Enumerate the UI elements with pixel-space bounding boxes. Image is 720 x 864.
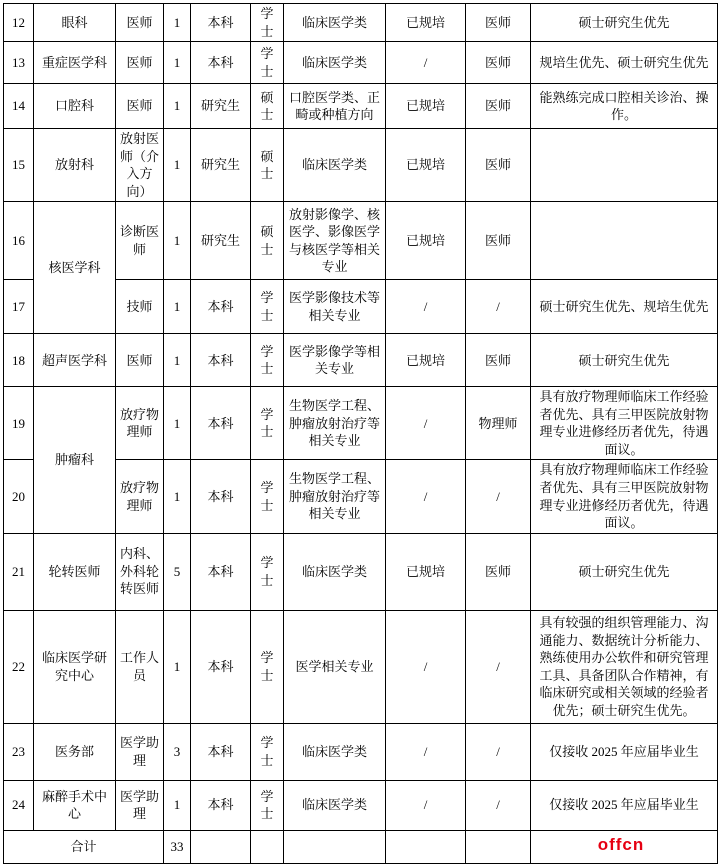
cell-dept: 放射科 <box>34 129 116 202</box>
cell-no: 12 <box>4 4 34 42</box>
cell-deg: 学士 <box>251 387 284 460</box>
cell-train: 已规培 <box>386 4 466 42</box>
table-row: 21轮转医师内科、外科轮转医师5本科学士临床医学类已规培医师硕士研究生优先 <box>4 533 718 610</box>
cell-count: 1 <box>164 334 191 387</box>
cell-train: 已规培 <box>386 129 466 202</box>
cell-title: 物理师 <box>466 387 531 460</box>
cell-edu: 本科 <box>191 533 251 610</box>
cell-title: / <box>466 280 531 334</box>
cell-no: 13 <box>4 42 34 84</box>
cell-train: / <box>386 42 466 84</box>
cell-train: 已规培 <box>386 84 466 129</box>
cell-major: 生物医学工程、肿瘤放射治疗等相关专业 <box>284 460 386 533</box>
degree-text: 学士 <box>260 649 274 684</box>
cell-dept: 医务部 <box>34 723 116 780</box>
cell-title: / <box>466 610 531 723</box>
cell-pos: 工作人员 <box>116 610 164 723</box>
cell-title: 医师 <box>466 84 531 129</box>
cell-edu: 研究生 <box>191 129 251 202</box>
degree-text: 学士 <box>260 5 274 40</box>
cell-train: / <box>386 280 466 334</box>
cell-no: 16 <box>4 202 34 280</box>
degree-text: 学士 <box>260 788 274 823</box>
cell-pos: 放疗物理师 <box>116 387 164 460</box>
cell-edu: 研究生 <box>191 84 251 129</box>
cell-count: 3 <box>164 723 191 780</box>
cell-count: 1 <box>164 280 191 334</box>
degree-text: 硕士 <box>260 223 274 258</box>
cell-count: 1 <box>164 202 191 280</box>
cell-train: / <box>386 387 466 460</box>
cell-title: / <box>466 460 531 533</box>
cell-train: / <box>386 723 466 780</box>
cell-edu: 本科 <box>191 4 251 42</box>
cell-major: 临床医学类 <box>284 42 386 84</box>
cell-count: 1 <box>164 610 191 723</box>
cell-remark: 仅接收 2025 年应届毕业生 <box>531 780 718 830</box>
cell-title: / <box>466 723 531 780</box>
cell-edu: 本科 <box>191 280 251 334</box>
table-row: 16核医学科诊断医师1研究生硕士放射影像学、核医学、影像医学与核医学等相关专业已… <box>4 202 718 280</box>
cell-deg: 学士 <box>251 723 284 780</box>
total-label-cell: 合计 <box>4 830 164 863</box>
cell-title: 医师 <box>466 533 531 610</box>
cell-deg: 硕士 <box>251 202 284 280</box>
table-row: 24麻醉手术中心医学助理1本科学士临床医学类//仅接收 2025 年应届毕业生 <box>4 780 718 830</box>
cell-train: 已规培 <box>386 202 466 280</box>
table-row: 19肿瘤科放疗物理师1本科学士生物医学工程、肿瘤放射治疗等相关专业/物理师具有放… <box>4 387 718 460</box>
total-empty-cell <box>386 830 466 863</box>
cell-remark <box>531 202 718 280</box>
cell-pos: 医学助理 <box>116 780 164 830</box>
cell-no: 15 <box>4 129 34 202</box>
cell-edu: 本科 <box>191 460 251 533</box>
cell-remark: 具有放疗物理师临床工作经验者优先、具有三甲医院放射物理专业进修经历者优先，待遇面… <box>531 460 718 533</box>
cell-remark <box>531 129 718 202</box>
cell-major: 生物医学工程、肿瘤放射治疗等相关专业 <box>284 387 386 460</box>
cell-pos: 放射医师（介入方向） <box>116 129 164 202</box>
cell-major: 临床医学类 <box>284 533 386 610</box>
cell-count: 1 <box>164 42 191 84</box>
total-empty-cell <box>251 830 284 863</box>
cell-edu: 本科 <box>191 42 251 84</box>
cell-remark: 仅接收 2025 年应届毕业生 <box>531 723 718 780</box>
cell-major: 医学影像技术等相关专业 <box>284 280 386 334</box>
cell-edu: 研究生 <box>191 202 251 280</box>
cell-train: 已规培 <box>386 533 466 610</box>
cell-count: 1 <box>164 84 191 129</box>
degree-text: 硕士 <box>260 89 274 124</box>
cell-no: 21 <box>4 533 34 610</box>
cell-pos: 医师 <box>116 42 164 84</box>
cell-dept: 临床医学研究中心 <box>34 610 116 723</box>
cell-remark: 硕士研究生优先 <box>531 334 718 387</box>
table-row: 18超声医学科医师1本科学士医学影像学等相关专业已规培医师硕士研究生优先 <box>4 334 718 387</box>
cell-pos: 医学助理 <box>116 723 164 780</box>
total-row: 合计33offcn <box>4 830 718 863</box>
cell-deg: 硕士 <box>251 129 284 202</box>
cell-remark: 具有放疗物理师临床工作经验者优先、具有三甲医院放射物理专业进修经历者优先，待遇面… <box>531 387 718 460</box>
cell-pos: 放疗物理师 <box>116 460 164 533</box>
cell-pos: 内科、外科轮转医师 <box>116 533 164 610</box>
degree-text: 学士 <box>260 554 274 589</box>
cell-major: 临床医学类 <box>284 129 386 202</box>
cell-no: 17 <box>4 280 34 334</box>
cell-title: 医师 <box>466 334 531 387</box>
degree-text: 学士 <box>260 45 274 80</box>
cell-title: / <box>466 780 531 830</box>
total-empty-cell <box>466 830 531 863</box>
recruitment-table: 12眼科医师1本科学士临床医学类已规培医师硕士研究生优先13重症医学科医师1本科… <box>3 3 718 864</box>
total-empty-cell <box>284 830 386 863</box>
cell-deg: 学士 <box>251 334 284 387</box>
table-row: 23医务部医学助理3本科学士临床医学类//仅接收 2025 年应届毕业生 <box>4 723 718 780</box>
cell-pos: 医师 <box>116 4 164 42</box>
cell-count: 1 <box>164 4 191 42</box>
cell-remark: 能熟练完成口腔相关诊治、操作。 <box>531 84 718 129</box>
cell-major: 放射影像学、核医学、影像医学与核医学等相关专业 <box>284 202 386 280</box>
cell-deg: 学士 <box>251 42 284 84</box>
cell-no: 24 <box>4 780 34 830</box>
degree-text: 学士 <box>260 734 274 769</box>
cell-dept: 重症医学科 <box>34 42 116 84</box>
table-row: 22临床医学研究中心工作人员1本科学士医学相关专业//具有较强的组织管理能力、沟… <box>4 610 718 723</box>
cell-no: 22 <box>4 610 34 723</box>
cell-remark: 硕士研究生优先、规培生优先 <box>531 280 718 334</box>
table-row: 14口腔科医师1研究生硕士口腔医学类、正畸或种植方向已规培医师能熟练完成口腔相关… <box>4 84 718 129</box>
cell-deg: 硕士 <box>251 84 284 129</box>
cell-train: / <box>386 780 466 830</box>
cell-no: 20 <box>4 460 34 533</box>
cell-remark: 硕士研究生优先 <box>531 533 718 610</box>
degree-text: 学士 <box>260 479 274 514</box>
cell-pos: 诊断医师 <box>116 202 164 280</box>
cell-remark: 具有较强的组织管理能力、沟通能力、数据统计分析能力、熟练使用办公软件和研究管理工… <box>531 610 718 723</box>
total-empty-cell <box>191 830 251 863</box>
document-sheet: 12眼科医师1本科学士临床医学类已规培医师硕士研究生优先13重症医学科医师1本科… <box>0 0 720 848</box>
cell-major: 临床医学类 <box>284 4 386 42</box>
cell-pos: 医师 <box>116 334 164 387</box>
cell-title: 医师 <box>466 129 531 202</box>
cell-deg: 学士 <box>251 533 284 610</box>
cell-major: 医学相关专业 <box>284 610 386 723</box>
cell-count: 1 <box>164 460 191 533</box>
cell-pos: 技师 <box>116 280 164 334</box>
degree-text: 学士 <box>260 289 274 324</box>
cell-pos: 医师 <box>116 84 164 129</box>
cell-count: 1 <box>164 129 191 202</box>
cell-no: 14 <box>4 84 34 129</box>
total-count-cell: 33 <box>164 830 191 863</box>
cell-count: 1 <box>164 780 191 830</box>
table-row: 12眼科医师1本科学士临床医学类已规培医师硕士研究生优先 <box>4 4 718 42</box>
total-remark-cell: offcn <box>531 830 718 863</box>
cell-edu: 本科 <box>191 610 251 723</box>
cell-major: 医学影像学等相关专业 <box>284 334 386 387</box>
cell-deg: 学士 <box>251 610 284 723</box>
cell-remark: 规培生优先、硕士研究生优先 <box>531 42 718 84</box>
cell-major: 临床医学类 <box>284 780 386 830</box>
cell-remark: 硕士研究生优先 <box>531 4 718 42</box>
cell-deg: 学士 <box>251 4 284 42</box>
cell-title: 医师 <box>466 42 531 84</box>
cell-title: 医师 <box>466 4 531 42</box>
cell-count: 5 <box>164 533 191 610</box>
degree-text: 学士 <box>260 343 274 378</box>
table-body: 12眼科医师1本科学士临床医学类已规培医师硕士研究生优先13重症医学科医师1本科… <box>4 4 718 864</box>
cell-train: 已规培 <box>386 334 466 387</box>
cell-count: 1 <box>164 387 191 460</box>
degree-text: 硕士 <box>260 148 274 183</box>
cell-dept: 超声医学科 <box>34 334 116 387</box>
cell-edu: 本科 <box>191 780 251 830</box>
cell-dept: 核医学科 <box>34 202 116 334</box>
cell-dept: 眼科 <box>34 4 116 42</box>
cell-dept: 麻醉手术中心 <box>34 780 116 830</box>
cell-train: / <box>386 460 466 533</box>
cell-dept: 轮转医师 <box>34 533 116 610</box>
offcn-watermark: offcn <box>598 834 651 859</box>
cell-major: 临床医学类 <box>284 723 386 780</box>
cell-deg: 学士 <box>251 280 284 334</box>
degree-text: 学士 <box>260 406 274 441</box>
cell-dept: 肿瘤科 <box>34 387 116 533</box>
table-row: 15放射科放射医师（介入方向）1研究生硕士临床医学类已规培医师 <box>4 129 718 202</box>
cell-no: 18 <box>4 334 34 387</box>
table-row: 13重症医学科医师1本科学士临床医学类/医师规培生优先、硕士研究生优先 <box>4 42 718 84</box>
cell-edu: 本科 <box>191 723 251 780</box>
cell-deg: 学士 <box>251 460 284 533</box>
cell-edu: 本科 <box>191 334 251 387</box>
cell-train: / <box>386 610 466 723</box>
cell-no: 23 <box>4 723 34 780</box>
cell-deg: 学士 <box>251 780 284 830</box>
cell-edu: 本科 <box>191 387 251 460</box>
cell-dept: 口腔科 <box>34 84 116 129</box>
cell-title: 医师 <box>466 202 531 280</box>
cell-no: 19 <box>4 387 34 460</box>
cell-major: 口腔医学类、正畸或种植方向 <box>284 84 386 129</box>
